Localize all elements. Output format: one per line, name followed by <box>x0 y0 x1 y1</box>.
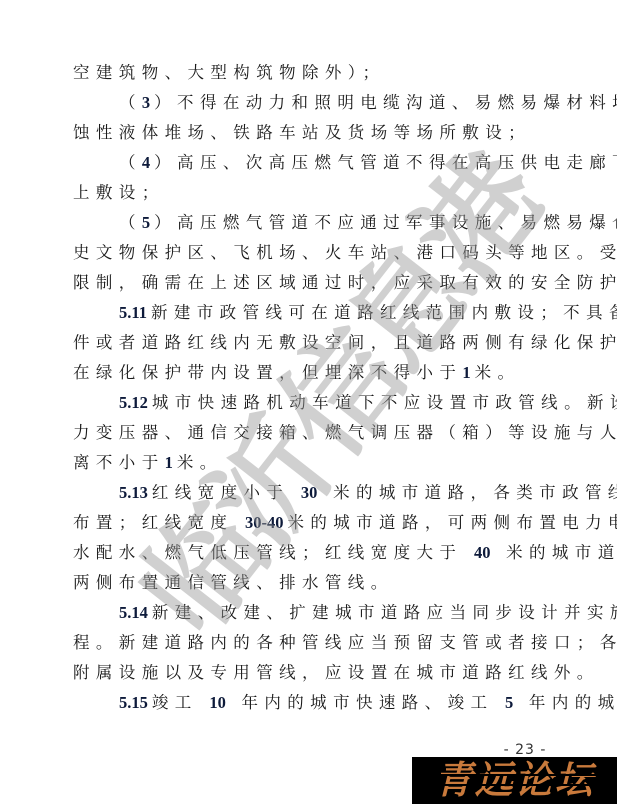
bold-number: 4 <box>142 153 150 172</box>
logo-stripe <box>412 784 617 786</box>
text-line: 空建筑物、大型构筑物除外）； <box>73 58 543 88</box>
bold-number: 30-40 <box>245 513 284 532</box>
text-segment: 空建筑物、大型构筑物除外）； <box>73 63 385 82</box>
text-segment: 米的城市道路，各类市政管线应单侧 <box>321 483 617 502</box>
text-line: 5.14新建、改建、扩建城市道路应当同步设计并实施管线工 <box>73 598 543 628</box>
bold-number: 5.14 <box>119 603 148 622</box>
bold-number: 5.13 <box>119 483 148 502</box>
text-line: 在绿化保护带内设置，但埋深不得小于1米。 <box>73 358 543 388</box>
text-line: 两侧布置通信管线、排水管线。 <box>73 568 543 598</box>
document-body: 空建筑物、大型构筑物除外）；（3）不得在动力和照明电缆沟道、易燃易爆材料堆场、腐… <box>73 58 543 718</box>
text-line: 离不小于1米。 <box>73 448 543 478</box>
text-line: 上敷设； <box>73 178 543 208</box>
text-segment: 米。 <box>177 453 223 472</box>
page-number: - 23 - <box>490 742 560 758</box>
bold-number: 10 <box>209 693 226 712</box>
text-line: 附属设施以及专用管线，应设置在城市道路红线外。 <box>73 658 543 688</box>
text-segment: 件或者道路红线内无敷设空间，且道路两侧有绿化保护带的，可 <box>73 333 617 352</box>
text-segment: 米的城市道路，还可 <box>494 543 617 562</box>
text-segment: 新建、改建、扩建城市道路应当同步设计并实施管线工 <box>152 603 617 622</box>
forum-logo: 青远论坛 <box>412 757 617 804</box>
text-line: 程。新建道路内的各种管线应当预留支管或者接口；各种管线的 <box>73 628 543 658</box>
text-segment: 年内的城市快速路、竣工 <box>230 693 505 712</box>
text-segment: 两侧布置通信管线、排水管线。 <box>73 573 394 592</box>
text-segment: 红线宽度小于 <box>152 483 301 502</box>
text-segment: 在绿化保护带内设置，但埋深不得小于 <box>73 363 462 382</box>
text-segment: 离不小于 <box>73 453 165 472</box>
bold-number: 5.11 <box>119 303 147 322</box>
text-line: 史文物保护区、飞机场、火车站、港口码头等地区。受客观条件 <box>73 238 543 268</box>
text-segment: （ <box>119 93 142 112</box>
document-page: 空建筑物、大型构筑物除外）；（3）不得在动力和照明电缆沟道、易燃易爆材料堆场、腐… <box>0 0 617 804</box>
text-line: 件或者道路红线内无敷设空间，且道路两侧有绿化保护带的，可 <box>73 328 543 358</box>
text-segment: 史文物保护区、飞机场、火车站、港口码头等地区。受客观条件 <box>73 243 617 262</box>
text-segment: 年内的城市道路、竣 <box>517 693 617 712</box>
text-line: （4）高压、次高压燃气管道不得在高压供电走廊下、桥梁 <box>73 148 543 178</box>
text-segment: 新建市政管线可在道路红线范围内敷设；不具备开挖条 <box>151 303 617 322</box>
text-line: 5.13红线宽度小于 30 米的城市道路，各类市政管线应单侧 <box>73 478 543 508</box>
bold-number: 5 <box>505 693 513 712</box>
logo-stripe <box>412 774 617 776</box>
text-segment: 程。新建道路内的各种管线应当预留支管或者接口；各种管线的 <box>73 633 617 652</box>
text-segment: 布置；红线宽度 <box>73 513 245 532</box>
text-segment: （ <box>119 213 142 232</box>
text-segment: 水配水、燃气低压管线；红线宽度大于 <box>73 543 474 562</box>
forum-logo-text: 青远论坛 <box>412 757 617 804</box>
text-segment: ）高压燃气管道不应通过军事设施、易燃易爆仓库、历 <box>154 213 617 232</box>
text-line: （3）不得在动力和照明电缆沟道、易燃易爆材料堆场、腐 <box>73 88 543 118</box>
bold-number: 5.15 <box>119 693 148 712</box>
text-segment: 上敷设； <box>73 183 165 202</box>
text-segment: 米的城市道路，可两侧布置电力电缆、供 <box>287 513 617 532</box>
text-segment: 城市快速路机动车道下不应设置市政管线。新设各种电 <box>152 393 617 412</box>
text-segment: 附属设施以及专用管线，应设置在城市道路红线外。 <box>73 663 600 682</box>
text-segment: ）不得在动力和照明电缆沟道、易燃易爆材料堆场、腐 <box>154 93 617 112</box>
text-line: 蚀性液体堆场、铁路车站及货场等场所敷设； <box>73 118 543 148</box>
text-line: （5）高压燃气管道不应通过军事设施、易燃易爆仓库、历 <box>73 208 543 238</box>
bold-number: 1 <box>165 453 173 472</box>
text-line: 布置；红线宽度 30-40米的城市道路，可两侧布置电力电缆、供 <box>73 508 543 538</box>
bold-number: 5 <box>142 213 150 232</box>
text-line: 限制，确需在上述区域通过时，应采取有效的安全防护措施。 <box>73 268 543 298</box>
text-line: 力变压器、通信交接箱、燃气调压器（箱）等设施与人行道净距 <box>73 418 543 448</box>
bold-number: 5.12 <box>119 393 148 412</box>
bold-number: 1 <box>462 363 470 382</box>
text-line: 5.12城市快速路机动车道下不应设置市政管线。新设各种电 <box>73 388 543 418</box>
text-segment: （ <box>119 153 142 172</box>
text-segment: 米。 <box>475 363 521 382</box>
text-segment: 力变压器、通信交接箱、燃气调压器（箱）等设施与人行道净距 <box>73 423 617 442</box>
text-segment: 竣工 <box>152 693 209 712</box>
text-line: 5.15竣工 10 年内的城市快速路、竣工 5 年内的城市道路、竣 <box>73 688 543 718</box>
bold-number: 40 <box>474 543 491 562</box>
bold-number: 30 <box>301 483 318 502</box>
text-segment: 蚀性液体堆场、铁路车站及货场等场所敷设； <box>73 123 531 142</box>
bold-number: 3 <box>142 93 150 112</box>
text-segment: ）高压、次高压燃气管道不得在高压供电走廊下、桥梁 <box>154 153 617 172</box>
text-segment: 限制，确需在上述区域通过时，应采取有效的安全防护措施。 <box>73 273 617 292</box>
text-line: 水配水、燃气低压管线；红线宽度大于 40 米的城市道路，还可 <box>73 538 543 568</box>
text-line: 5.11新建市政管线可在道路红线范围内敷设；不具备开挖条 <box>73 298 543 328</box>
